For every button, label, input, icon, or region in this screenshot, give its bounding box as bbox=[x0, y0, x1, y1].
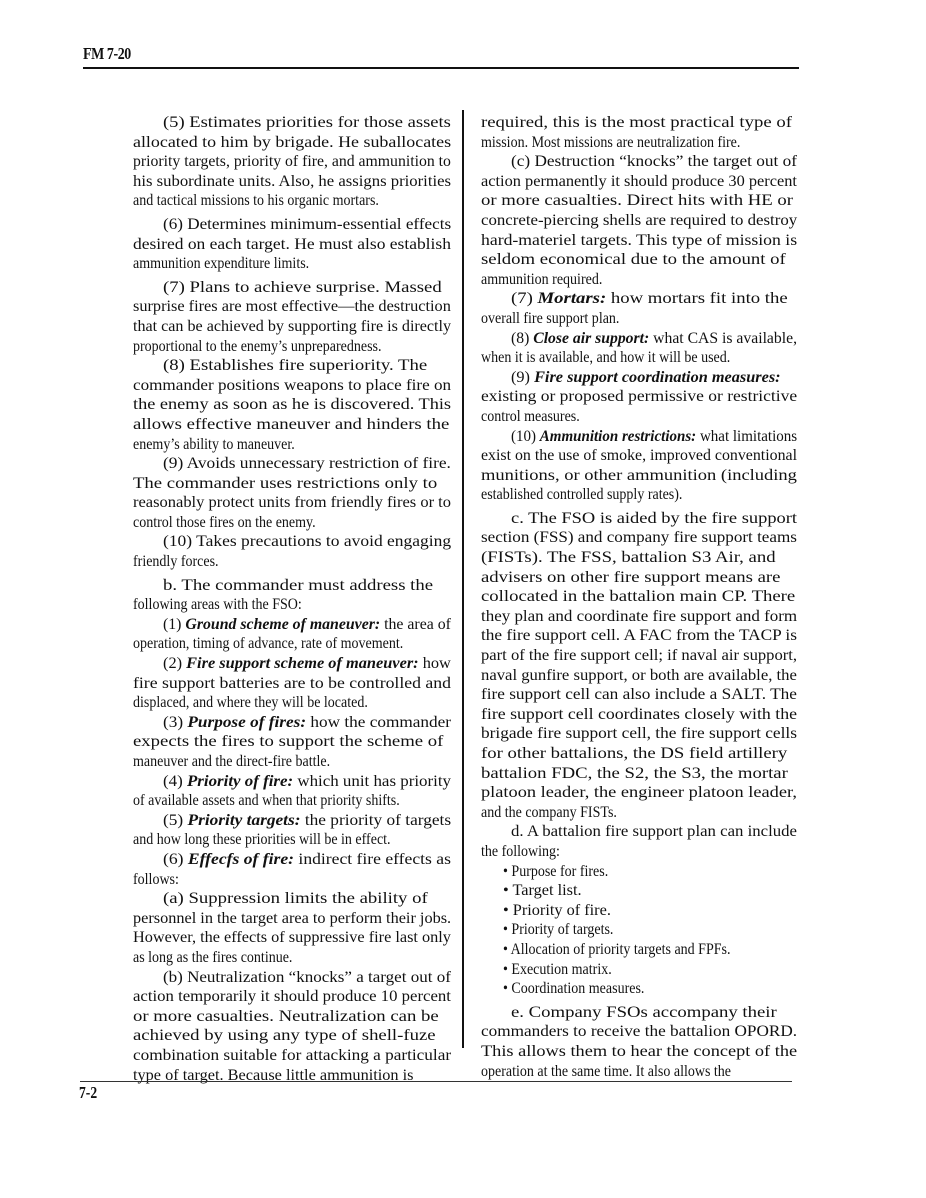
text-run: brigade fire support cell, the fire supp… bbox=[481, 723, 797, 742]
text-run: allocated to him by brigade. He suballoc… bbox=[133, 132, 451, 151]
text-line-content: that can be achieved by supporting fire … bbox=[133, 316, 451, 336]
text-line-content: • Priority of fire. bbox=[503, 900, 611, 920]
text-line-content: (8) Close air support: what CAS is avail… bbox=[511, 328, 797, 348]
text-line-content: • Allocation of priority targets and FPF… bbox=[503, 939, 730, 959]
text-run: (10) Takes precautions to avoid engaging bbox=[163, 531, 451, 550]
text-line-content: combination suitable for attacking a par… bbox=[133, 1045, 451, 1065]
text-line: personnel in the target area to perform … bbox=[133, 908, 451, 928]
text-line: maneuver and the direct-fire battle. bbox=[133, 751, 451, 771]
text-line-content: or more casualties. Neutralization can b… bbox=[133, 1006, 439, 1026]
list-item: • Coordination measures. bbox=[481, 978, 797, 998]
text-line: and tactical missions to his organic mor… bbox=[133, 190, 451, 210]
text-run: indirect fire effects as bbox=[294, 849, 451, 868]
text-run: (8) Establishes fire superiority. The bbox=[163, 355, 427, 374]
text-line: munitions, or other ammunition (includin… bbox=[481, 465, 797, 485]
text-run: and how long these priorities will be in… bbox=[133, 829, 391, 848]
text-run: enemy’s ability to maneuver. bbox=[133, 434, 295, 453]
item-number: (2) bbox=[163, 653, 186, 672]
text-line: for other battalions, the DS field artil… bbox=[481, 743, 797, 763]
text-line: or more casualties. Direct hits with HE … bbox=[481, 190, 797, 210]
text-run: for other battalions, the DS field artil… bbox=[481, 743, 787, 762]
text-run: surprise fires are most effective—the de… bbox=[133, 296, 451, 315]
text-line-content: achieved by using any type of shell-fuze bbox=[133, 1025, 436, 1045]
item-number: (6) bbox=[163, 849, 188, 868]
text-line-content: proportional to the enemy’s unpreparedne… bbox=[133, 336, 381, 356]
text-line-content: (3) Purpose of fires: how the commander bbox=[163, 712, 451, 732]
text-line-content: or more casualties. Direct hits with HE … bbox=[481, 190, 793, 210]
item-number: (4) bbox=[163, 771, 187, 790]
text-run: However, the effects of suppressive fire… bbox=[133, 927, 451, 946]
text-line: (6) Effecfs of fire: indirect fire effec… bbox=[133, 849, 451, 869]
list-item: • Execution matrix. bbox=[481, 959, 797, 979]
text-run: • Allocation of priority targets and FPF… bbox=[503, 939, 730, 958]
text-run: This allows them to hear the concept of … bbox=[481, 1041, 797, 1060]
text-line-content: expects the fires to support the scheme … bbox=[133, 731, 443, 751]
text-line: his subordinate units. Also, he assigns … bbox=[133, 171, 451, 191]
text-line: commanders to receive the battalion OPOR… bbox=[481, 1021, 797, 1041]
text-line-content: fire support batteries are to be control… bbox=[133, 673, 451, 693]
text-line-content: brigade fire support cell, the fire supp… bbox=[481, 723, 797, 743]
text-run: achieved by using any type of shell-fuze bbox=[133, 1025, 436, 1044]
text-line-content: reasonably protect units from friendly f… bbox=[133, 492, 451, 512]
item-heading: Effecfs of fire: bbox=[188, 849, 294, 868]
text-line: exist on the use of smoke, improved conv… bbox=[481, 445, 797, 465]
text-line: (5) Estimates priorities for those asset… bbox=[133, 112, 451, 132]
text-line: follows: bbox=[133, 869, 451, 889]
text-line-content: desired on each target. He must also est… bbox=[133, 234, 451, 254]
text-line-content: his subordinate units. Also, he assigns … bbox=[133, 171, 451, 191]
text-line-content: commander positions weapons to place fir… bbox=[133, 375, 451, 395]
footer-rule bbox=[80, 1081, 792, 1082]
text-line: friendly forces. bbox=[133, 551, 451, 571]
text-line-content: established controlled supply rates). bbox=[481, 484, 682, 504]
text-line: when it is available, and how it will be… bbox=[481, 347, 797, 367]
text-run: priority targets, priority of fire, and … bbox=[133, 151, 451, 170]
text-line: e. Company FSOs accompany their bbox=[481, 1002, 797, 1022]
text-run: control those fires on the enemy. bbox=[133, 512, 316, 531]
text-line-content: allows effective maneuver and hinders th… bbox=[133, 414, 449, 434]
text-line: established controlled supply rates). bbox=[481, 484, 797, 504]
text-run: naval gunfire support, or both are avail… bbox=[481, 665, 797, 684]
text-run: personnel in the target area to perform … bbox=[133, 908, 451, 927]
text-line: priority targets, priority of fire, and … bbox=[133, 151, 451, 171]
text-run: exist on the use of smoke, improved conv… bbox=[481, 445, 797, 464]
text-line: (1) Ground scheme of maneuver: the area … bbox=[133, 614, 451, 634]
text-line-content: naval gunfire support, or both are avail… bbox=[481, 665, 797, 685]
text-line-content: displaced, and where they will be locate… bbox=[133, 692, 368, 712]
text-line: part of the fire support cell; if naval … bbox=[481, 645, 797, 665]
text-line: seldom economical due to the amount of bbox=[481, 249, 797, 269]
text-line-content: for other battalions, the DS field artil… bbox=[481, 743, 787, 763]
item-heading: Priority targets: bbox=[188, 810, 301, 829]
text-run: section (FSS) and company fire support t… bbox=[481, 527, 797, 546]
text-line: battalion FDC, the S2, the S3, the morta… bbox=[481, 763, 797, 783]
text-line-content: platoon leader, the engineer platoon lea… bbox=[481, 782, 797, 802]
text-run: the fire support cell. A FAC from the TA… bbox=[481, 625, 797, 644]
item-heading: Fire support scheme of maneuver: bbox=[186, 653, 418, 672]
right-column: required, this is the most practical typ… bbox=[481, 112, 797, 1080]
item-heading: Fire support coordination measures: bbox=[534, 367, 781, 386]
page-header-label: FM 7-20 bbox=[83, 44, 131, 64]
text-run: ammunition required. bbox=[481, 269, 602, 288]
text-run: seldom economical due to the amount of bbox=[481, 249, 786, 268]
text-run: (9) Avoids unnecessary restriction of fi… bbox=[163, 453, 451, 472]
text-line-content: ammunition required. bbox=[481, 269, 602, 289]
text-line: the fire support cell. A FAC from the TA… bbox=[481, 625, 797, 645]
text-line: expects the fires to support the scheme … bbox=[133, 731, 451, 751]
text-line: action temporarily it should produce 10 … bbox=[133, 986, 451, 1006]
item-heading: Close air support: bbox=[533, 328, 649, 347]
text-line-content: (10) Takes precautions to avoid engaging bbox=[163, 531, 451, 551]
text-line-content: battalion FDC, the S2, the S3, the morta… bbox=[481, 763, 788, 783]
text-run: • Target list. bbox=[503, 880, 582, 899]
text-line: (10) Takes precautions to avoid engaging bbox=[133, 531, 451, 551]
text-run: combination suitable for attacking a par… bbox=[133, 1045, 451, 1064]
text-line-content: fire support cell can also include a SAL… bbox=[481, 684, 797, 704]
item-heading: Ammunition restrictions: bbox=[540, 426, 696, 445]
text-line-content: The commander uses restrictions only to bbox=[133, 473, 437, 493]
text-run: commander positions weapons to place fir… bbox=[133, 375, 451, 394]
text-run: commanders to receive the battalion OPOR… bbox=[481, 1021, 797, 1040]
text-run: his subordinate units. Also, he assigns … bbox=[133, 171, 451, 190]
text-line-content: • Target list. bbox=[503, 880, 582, 900]
text-line-content: the enemy as soon as he is discovered. T… bbox=[133, 394, 451, 414]
text-run: (7) Plans to achieve surprise. Massed bbox=[163, 277, 442, 296]
text-line: or more casualties. Neutralization can b… bbox=[133, 1006, 451, 1026]
text-line: (4) Priority of fire: which unit has pri… bbox=[133, 771, 451, 791]
text-line: that can be achieved by supporting fire … bbox=[133, 316, 451, 336]
text-run: which unit has priority bbox=[293, 771, 451, 790]
text-line-content: hard-materiel targets. This type of miss… bbox=[481, 230, 797, 250]
text-line-content: advisers on other fire support means are bbox=[481, 567, 780, 587]
text-line: (3) Purpose of fires: how the commander bbox=[133, 712, 451, 732]
text-run: munitions, or other ammunition (includin… bbox=[481, 465, 797, 484]
text-line-content: (6) Effecfs of fire: indirect fire effec… bbox=[163, 849, 451, 869]
text-run: the priority of targets bbox=[300, 810, 451, 829]
text-run: displaced, and where they will be locate… bbox=[133, 692, 368, 711]
text-line-content: maneuver and the direct-fire battle. bbox=[133, 751, 330, 771]
text-run: maneuver and the direct-fire battle. bbox=[133, 751, 330, 770]
item-heading: Ground scheme of maneuver: bbox=[185, 614, 380, 633]
text-line: following areas with the FSO: bbox=[133, 594, 451, 614]
text-line-content: (5) Estimates priorities for those asset… bbox=[163, 112, 451, 132]
text-run: fire support cell can also include a SAL… bbox=[481, 684, 797, 703]
text-line-content: as long as the fires continue. bbox=[133, 947, 292, 967]
text-line: achieved by using any type of shell-fuze bbox=[133, 1025, 451, 1045]
text-line: and the company FISTs. bbox=[481, 802, 797, 822]
text-line-content: b. The commander must address the bbox=[163, 575, 433, 595]
text-line: hard-materiel targets. This type of miss… bbox=[481, 230, 797, 250]
text-line-content: • Purpose for fires. bbox=[503, 861, 608, 881]
item-number: (10) bbox=[511, 426, 540, 445]
text-line: operation at the same time. It also allo… bbox=[481, 1061, 797, 1081]
text-run: operation at the same time. It also allo… bbox=[481, 1061, 731, 1080]
text-run: • Priority of fire. bbox=[503, 900, 611, 919]
text-line-content: friendly forces. bbox=[133, 551, 219, 571]
text-line: as long as the fires continue. bbox=[133, 947, 451, 967]
text-line: overall fire support plan. bbox=[481, 308, 797, 328]
text-line-content: This allows them to hear the concept of … bbox=[481, 1041, 797, 1061]
text-line: (10) Ammunition restrictions: what limit… bbox=[481, 426, 797, 446]
text-line-content: (c) Destruction “knocks” the target out … bbox=[511, 151, 797, 171]
text-line: commander positions weapons to place fir… bbox=[133, 375, 451, 395]
text-line: surprise fires are most effective—the de… bbox=[133, 296, 451, 316]
text-run: that can be achieved by supporting fire … bbox=[133, 316, 451, 335]
text-run: existing or proposed permissive or restr… bbox=[481, 386, 797, 405]
text-line-content: when it is available, and how it will be… bbox=[481, 347, 730, 367]
list-item: • Priority of fire. bbox=[481, 900, 797, 920]
text-line: operation, timing of advance, rate of mo… bbox=[133, 633, 451, 653]
list-item: • Target list. bbox=[481, 880, 797, 900]
text-line: c. The FSO is aided by the fire support bbox=[481, 508, 797, 528]
text-line: mission. Most missions are neutralizatio… bbox=[481, 132, 797, 152]
text-line: combination suitable for attacking a par… bbox=[133, 1045, 451, 1065]
text-run: c. The FSO is aided by the fire support bbox=[511, 508, 797, 527]
text-line: and how long these priorities will be in… bbox=[133, 829, 451, 849]
text-line-content: (2) Fire support scheme of maneuver: how bbox=[163, 653, 451, 673]
text-run: friendly forces. bbox=[133, 551, 219, 570]
text-run: the area of bbox=[380, 614, 451, 633]
text-line: (2) Fire support scheme of maneuver: how bbox=[133, 653, 451, 673]
text-line: allocated to him by brigade. He suballoc… bbox=[133, 132, 451, 152]
text-run: established controlled supply rates). bbox=[481, 484, 682, 503]
text-run: fire support cell coordinates closely wi… bbox=[481, 704, 797, 723]
text-run: control measures. bbox=[481, 406, 580, 425]
text-run: mission. Most missions are neutralizatio… bbox=[481, 132, 740, 151]
text-line: displaced, and where they will be locate… bbox=[133, 692, 451, 712]
text-line: control measures. bbox=[481, 406, 797, 426]
text-run: b. The commander must address the bbox=[163, 575, 433, 594]
text-line-content: allocated to him by brigade. He suballoc… bbox=[133, 132, 451, 152]
text-run: • Execution matrix. bbox=[503, 959, 612, 978]
text-line: fire support cell can also include a SAL… bbox=[481, 684, 797, 704]
text-line: brigade fire support cell, the fire supp… bbox=[481, 723, 797, 743]
text-line: advisers on other fire support means are bbox=[481, 567, 797, 587]
text-line-content: and how long these priorities will be in… bbox=[133, 829, 391, 849]
text-line: action permanently it should produce 30 … bbox=[481, 171, 797, 191]
text-run: platoon leader, the engineer platoon lea… bbox=[481, 782, 797, 801]
text-run: The commander uses restrictions only to bbox=[133, 473, 437, 492]
text-run: as long as the fires continue. bbox=[133, 947, 292, 966]
item-number: (1) bbox=[163, 614, 185, 633]
text-run: allows effective maneuver and hinders th… bbox=[133, 414, 449, 433]
text-line-content: action permanently it should produce 30 … bbox=[481, 171, 797, 191]
text-run: (b) Neutralization “knocks” a target out… bbox=[163, 967, 451, 986]
text-line: (7) Mortars: how mortars fit into the bbox=[481, 288, 797, 308]
text-line-content: c. The FSO is aided by the fire support bbox=[511, 508, 797, 528]
item-number: (9) bbox=[511, 367, 534, 386]
text-run: hard-materiel targets. This type of miss… bbox=[481, 230, 797, 249]
text-line: The commander uses restrictions only to bbox=[133, 473, 451, 493]
text-run: expects the fires to support the scheme … bbox=[133, 731, 443, 750]
text-line: they plan and coordinate fire support an… bbox=[481, 606, 797, 626]
text-run: and the company FISTs. bbox=[481, 802, 617, 821]
text-line: b. The commander must address the bbox=[133, 575, 451, 595]
text-run: (a) Suppression limits the ability of bbox=[163, 888, 428, 907]
text-run: action permanently it should produce 30 … bbox=[481, 171, 797, 190]
text-run: (6) Determines minimum-essential effects bbox=[163, 214, 451, 233]
text-run: part of the fire support cell; if naval … bbox=[481, 645, 797, 664]
text-line-content: and tactical missions to his organic mor… bbox=[133, 190, 379, 210]
page-number: 7-2 bbox=[79, 1083, 97, 1103]
text-line: (a) Suppression limits the ability of bbox=[133, 888, 451, 908]
text-line: proportional to the enemy’s unpreparedne… bbox=[133, 336, 451, 356]
text-run: how the commander bbox=[306, 712, 451, 731]
text-line: required, this is the most practical typ… bbox=[481, 112, 797, 132]
text-line-content: control measures. bbox=[481, 406, 580, 426]
column-divider bbox=[462, 110, 464, 1048]
left-column: (5) Estimates priorities for those asset… bbox=[133, 112, 451, 1084]
text-line-content: fire support cell coordinates closely wi… bbox=[481, 704, 797, 724]
text-line: (c) Destruction “knocks” the target out … bbox=[481, 151, 797, 171]
item-number: (5) bbox=[163, 810, 188, 829]
text-run: reasonably protect units from friendly f… bbox=[133, 492, 451, 511]
text-line-content: ammunition expenditure limits. bbox=[133, 253, 309, 273]
text-run: overall fire support plan. bbox=[481, 308, 619, 327]
list-item: • Allocation of priority targets and FPF… bbox=[481, 939, 797, 959]
text-line-content: section (FSS) and company fire support t… bbox=[481, 527, 797, 547]
text-line-content: action temporarily it should produce 10 … bbox=[133, 986, 451, 1006]
text-line-content: follows: bbox=[133, 869, 179, 889]
text-line: platoon leader, the engineer platoon lea… bbox=[481, 782, 797, 802]
text-line-content: (a) Suppression limits the ability of bbox=[163, 888, 428, 908]
text-run: the enemy as soon as he is discovered. T… bbox=[133, 394, 451, 413]
text-line: (5) Priority targets: the priority of ta… bbox=[133, 810, 451, 830]
text-line: control those fires on the enemy. bbox=[133, 512, 451, 532]
text-line-content: the following: bbox=[481, 841, 560, 861]
text-run: what limitations bbox=[696, 426, 797, 445]
text-line-content: • Priority of targets. bbox=[503, 919, 613, 939]
text-line-content: of available assets and when that priori… bbox=[133, 790, 400, 810]
text-line: (7) Plans to achieve surprise. Massed bbox=[133, 277, 451, 297]
text-line: enemy’s ability to maneuver. bbox=[133, 434, 451, 454]
list-item: • Purpose for fires. bbox=[481, 861, 797, 881]
text-line: However, the effects of suppressive fire… bbox=[133, 927, 451, 947]
text-line-content: commanders to receive the battalion OPOR… bbox=[481, 1021, 797, 1041]
text-run: action temporarily it should produce 10 … bbox=[133, 986, 451, 1005]
text-run: proportional to the enemy’s unpreparedne… bbox=[133, 336, 381, 355]
text-line: the following: bbox=[481, 841, 797, 861]
text-run: or more casualties. Neutralization can b… bbox=[133, 1006, 439, 1025]
text-run: • Purpose for fires. bbox=[503, 861, 608, 880]
text-line-content: enemy’s ability to maneuver. bbox=[133, 434, 295, 454]
text-line-content: • Execution matrix. bbox=[503, 959, 612, 979]
text-line-content: operation, timing of advance, rate of mo… bbox=[133, 633, 403, 653]
text-line-content: (9) Fire support coordination measures: bbox=[511, 367, 781, 387]
text-line-content: priority targets, priority of fire, and … bbox=[133, 151, 451, 171]
text-run: fire support batteries are to be control… bbox=[133, 673, 451, 692]
text-run: e. Company FSOs accompany their bbox=[511, 1002, 777, 1021]
text-line: allows effective maneuver and hinders th… bbox=[133, 414, 451, 434]
text-line: (8) Establishes fire superiority. The bbox=[133, 355, 451, 375]
text-line-content: and the company FISTs. bbox=[481, 802, 617, 822]
text-line-content: part of the fire support cell; if naval … bbox=[481, 645, 797, 665]
text-line: (b) Neutralization “knocks” a target out… bbox=[133, 967, 451, 987]
item-number: (8) bbox=[511, 328, 533, 347]
text-line: fire support cell coordinates closely wi… bbox=[481, 704, 797, 724]
text-line: concrete-piercing shells are required to… bbox=[481, 210, 797, 230]
text-line: the enemy as soon as he is discovered. T… bbox=[133, 394, 451, 414]
text-line: desired on each target. He must also est… bbox=[133, 234, 451, 254]
list-item: • Priority of targets. bbox=[481, 919, 797, 939]
text-line: section (FSS) and company fire support t… bbox=[481, 527, 797, 547]
text-run: follows: bbox=[133, 869, 179, 888]
text-line-content: exist on the use of smoke, improved conv… bbox=[481, 445, 797, 465]
text-line: existing or proposed permissive or restr… bbox=[481, 386, 797, 406]
text-run: they plan and coordinate fire support an… bbox=[481, 606, 797, 625]
text-run: following areas with the FSO: bbox=[133, 594, 302, 613]
text-line-content: surprise fires are most effective—the de… bbox=[133, 296, 451, 316]
text-line: (8) Close air support: what CAS is avail… bbox=[481, 328, 797, 348]
text-line-content: (6) Determines minimum-essential effects bbox=[163, 214, 451, 234]
item-heading: Mortars: bbox=[538, 288, 607, 307]
text-line-content: required, this is the most practical typ… bbox=[481, 112, 792, 132]
text-run: how mortars fit into the bbox=[606, 288, 787, 307]
item-number: (3) bbox=[163, 712, 187, 731]
text-run: what CAS is available, bbox=[649, 328, 797, 347]
text-line-content: (5) Priority targets: the priority of ta… bbox=[163, 810, 451, 830]
text-line: (FISTs). The FSS, battalion S3 Air, and bbox=[481, 547, 797, 567]
text-line-content: personnel in the target area to perform … bbox=[133, 908, 451, 928]
text-run: • Priority of targets. bbox=[503, 919, 613, 938]
text-run: and tactical missions to his organic mor… bbox=[133, 190, 379, 209]
text-line-content: (4) Priority of fire: which unit has pri… bbox=[163, 771, 451, 791]
text-line-content: d. A battalion fire support plan can inc… bbox=[511, 821, 797, 841]
text-line: ammunition expenditure limits. bbox=[133, 253, 451, 273]
text-run: (c) Destruction “knocks” the target out … bbox=[511, 151, 797, 170]
text-line-content: mission. Most missions are neutralizatio… bbox=[481, 132, 740, 152]
text-line: ammunition required. bbox=[481, 269, 797, 289]
text-line: (9) Fire support coordination measures: bbox=[481, 367, 797, 387]
text-line: (9) Avoids unnecessary restriction of fi… bbox=[133, 453, 451, 473]
text-line: reasonably protect units from friendly f… bbox=[133, 492, 451, 512]
text-run: of available assets and when that priori… bbox=[133, 790, 400, 809]
text-line-content: However, the effects of suppressive fire… bbox=[133, 927, 451, 947]
text-run: (5) Estimates priorities for those asset… bbox=[163, 112, 451, 131]
text-line: (6) Determines minimum-essential effects bbox=[133, 214, 451, 234]
item-number: (7) bbox=[511, 288, 538, 307]
text-run: battalion FDC, the S2, the S3, the morta… bbox=[481, 763, 788, 782]
text-run: collocated in the battalion main CP. The… bbox=[481, 586, 795, 605]
text-line-content: existing or proposed permissive or restr… bbox=[481, 386, 797, 406]
text-line: collocated in the battalion main CP. The… bbox=[481, 586, 797, 606]
text-line-content: munitions, or other ammunition (includin… bbox=[481, 465, 797, 485]
text-line-content: (b) Neutralization “knocks” a target out… bbox=[163, 967, 451, 987]
text-line-content: • Coordination measures. bbox=[503, 978, 644, 998]
text-run: the following: bbox=[481, 841, 560, 860]
text-line-content: (7) Plans to achieve surprise. Massed bbox=[163, 277, 442, 297]
text-run: d. A battalion fire support plan can inc… bbox=[511, 821, 797, 840]
text-line-content: seldom economical due to the amount of bbox=[481, 249, 786, 269]
text-line: of available assets and when that priori… bbox=[133, 790, 451, 810]
text-line-content: e. Company FSOs accompany their bbox=[511, 1002, 777, 1022]
text-line-content: they plan and coordinate fire support an… bbox=[481, 606, 797, 626]
item-heading: Priority of fire: bbox=[187, 771, 293, 790]
text-run: how bbox=[419, 653, 451, 672]
text-line-content: (10) Ammunition restrictions: what limit… bbox=[511, 426, 797, 446]
text-line-content: following areas with the FSO: bbox=[133, 594, 302, 614]
text-line: fire support batteries are to be control… bbox=[133, 673, 451, 693]
text-line-content: concrete-piercing shells are required to… bbox=[481, 210, 797, 230]
text-run: desired on each target. He must also est… bbox=[133, 234, 451, 253]
text-run: when it is available, and how it will be… bbox=[481, 347, 730, 366]
item-heading: Purpose of fires: bbox=[187, 712, 306, 731]
text-line-content: (9) Avoids unnecessary restriction of fi… bbox=[163, 453, 451, 473]
text-run: • Coordination measures. bbox=[503, 978, 644, 997]
text-line: d. A battalion fire support plan can inc… bbox=[481, 821, 797, 841]
text-line: naval gunfire support, or both are avail… bbox=[481, 665, 797, 685]
header-rule bbox=[83, 67, 799, 69]
